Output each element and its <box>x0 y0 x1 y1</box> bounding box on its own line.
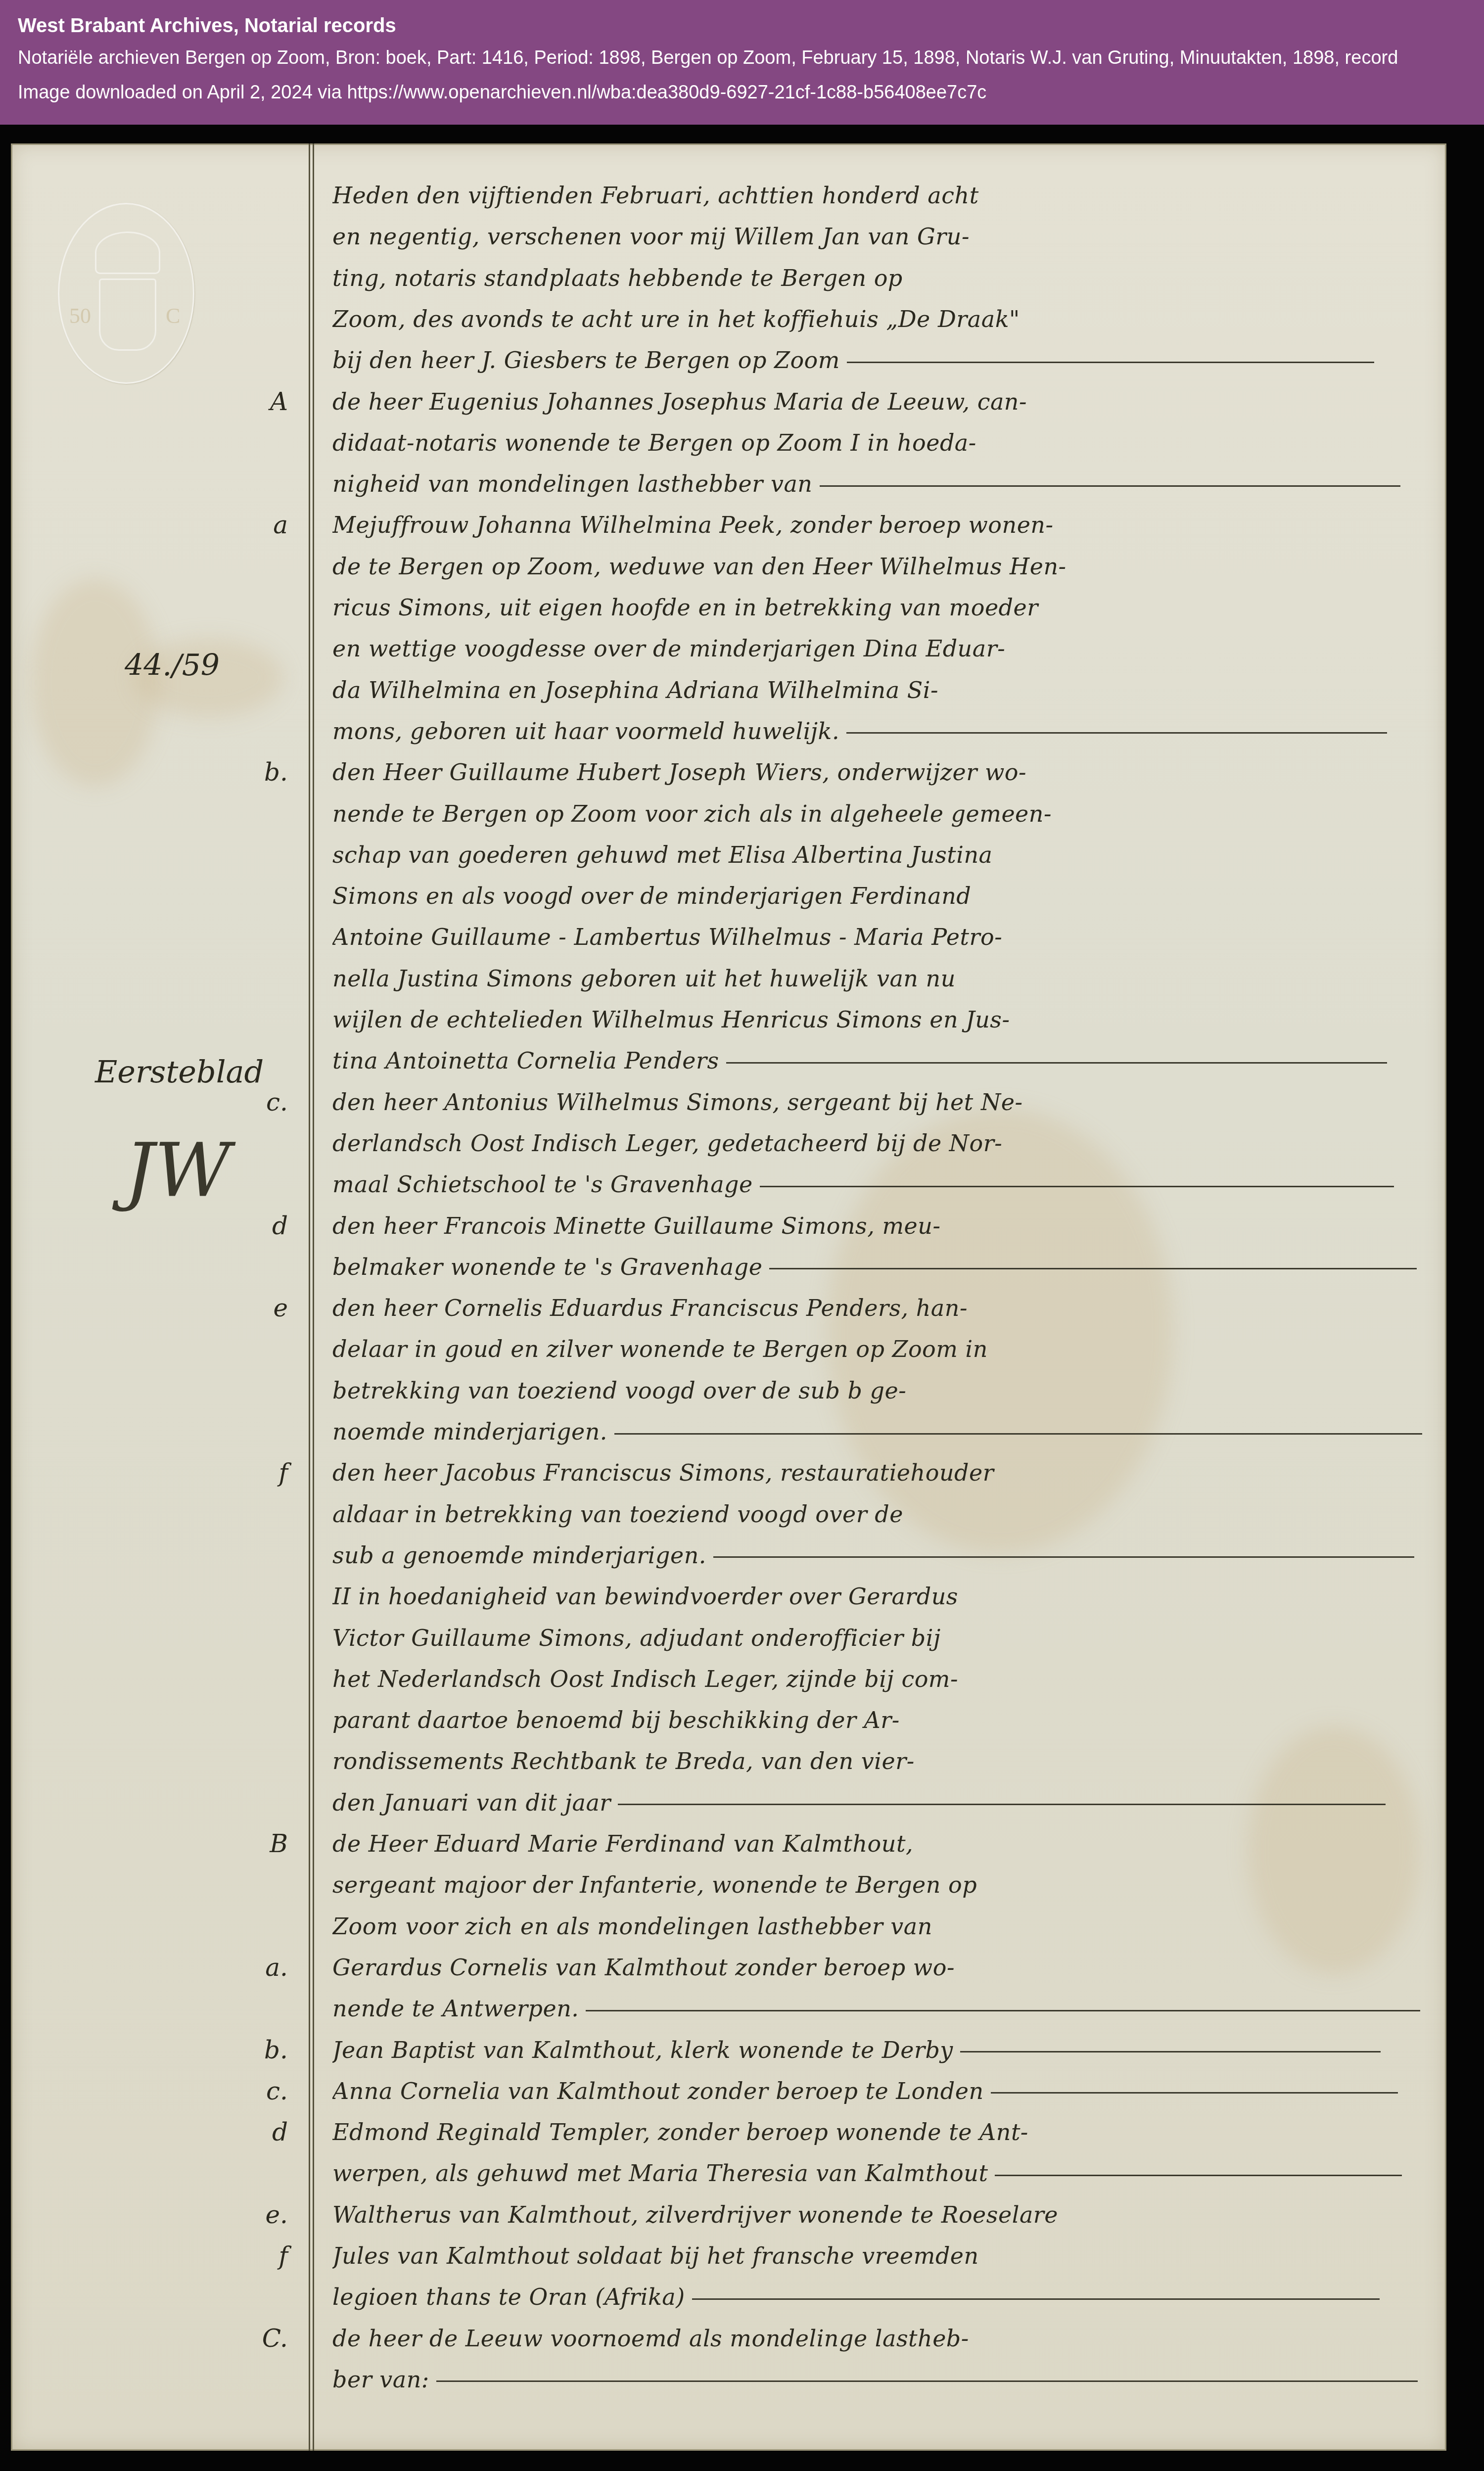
deed-line: Edmond Reginald Templer, zonder beroep w… <box>332 2115 1440 2149</box>
line-filler-rule <box>846 732 1387 734</box>
deed-line-text: den heer Francois Minette Guillaume Simo… <box>332 1212 940 1239</box>
deed-line-text: en negentig, verschenen voor mij Willem … <box>332 223 970 250</box>
deed-line: den Heer Guillaume Hubert Joseph Wiers, … <box>332 755 1440 790</box>
deed-line: nigheid van mondelingen lasthebber van <box>332 466 1440 501</box>
deed-line: nella Justina Simons geboren uit het huw… <box>332 961 1440 996</box>
deed-line: den heer Jacobus Franciscus Simons, rest… <box>332 1455 1440 1490</box>
folio-number: 44./59 <box>125 648 220 683</box>
margin-initials: JW <box>125 1128 231 1214</box>
deed-line: didaat-notaris wonende te Bergen op Zoom… <box>332 425 1440 460</box>
download-note: Image downloaded on April 2, 2024 via ht… <box>18 82 986 103</box>
party-marker: B <box>229 1826 288 1861</box>
deed-line-text: ting, notaris standplaats hebbende te Be… <box>332 265 903 291</box>
stamp-value: 50 <box>69 303 91 328</box>
stamp-currency: C <box>166 303 180 328</box>
deed-line-text: Simons en als voogd over de minderjarige… <box>332 883 971 909</box>
deed-line-text: den heer Cornelis Eduardus Franciscus Pe… <box>332 1295 968 1321</box>
deed-line-text: het Nederlandsch Oost Indisch Leger, zij… <box>332 1666 958 1692</box>
party-marker: a. <box>229 1950 288 1985</box>
party-marker: e <box>229 1291 288 1325</box>
deed-line-text: derlandsch Oost Indisch Leger, gedetache… <box>332 1130 1002 1157</box>
deed-line: Jules van Kalmthout soldaat bij het fran… <box>332 2238 1440 2273</box>
deed-line: Zoom voor zich en als mondelingen lasthe… <box>332 1909 1440 1944</box>
deed-line: ricus Simons, uit eigen hoofde en in bet… <box>332 590 1440 625</box>
deed-line-text: den Januari van dit jaar <box>332 1789 611 1816</box>
deed-line: tina Antoinetta Cornelia Penders <box>332 1043 1440 1078</box>
deed-line: het Nederlandsch Oost Indisch Leger, zij… <box>332 1662 1440 1696</box>
line-filler-rule <box>991 2092 1398 2094</box>
line-filler-rule <box>760 1186 1394 1187</box>
deed-line: nende te Antwerpen. <box>332 1991 1440 2026</box>
deed-line: wijlen de echtelieden Wilhelmus Henricus… <box>332 1002 1440 1037</box>
deed-line: sergeant majoor der Infanterie, wonende … <box>332 1867 1440 1902</box>
line-filler-rule <box>586 2010 1420 2011</box>
deed-line: Heden den vijftienden Februari, achttien… <box>332 178 1440 213</box>
party-marker: C. <box>229 2321 288 2356</box>
deed-line-text: tina Antoinetta Cornelia Penders <box>332 1047 719 1074</box>
deed-line: sub a genoemde minderjarigen. <box>332 1538 1440 1573</box>
line-filler-rule <box>692 2298 1380 2300</box>
party-marker: d <box>229 1209 288 1243</box>
deed-line-text: den Heer Guillaume Hubert Joseph Wiers, … <box>332 759 1026 786</box>
deed-line: Simons en als voogd over de minderjarige… <box>332 879 1440 913</box>
deed-line-text: Anna Cornelia van Kalmthout zonder beroe… <box>332 2078 984 2104</box>
line-filler-rule <box>726 1062 1387 1064</box>
deed-line: den heer Cornelis Eduardus Franciscus Pe… <box>332 1291 1440 1325</box>
deed-line-text: Heden den vijftienden Februari, achttien… <box>332 182 979 209</box>
deed-line: en negentig, verschenen voor mij Willem … <box>332 219 1440 254</box>
deed-line: de te Bergen op Zoom, weduwe van den Hee… <box>332 549 1440 584</box>
deed-line-text: schap van goederen gehuwd met Elisa Albe… <box>332 841 993 868</box>
line-filler-rule <box>960 2051 1381 2052</box>
party-marker: c. <box>229 1085 288 1119</box>
archive-header: West Brabant Archives, Notarial records … <box>0 0 1484 125</box>
deed-line: den heer Francois Minette Guillaume Simo… <box>332 1209 1440 1243</box>
deed-line: den Januari van dit jaar <box>332 1785 1440 1820</box>
deed-line: Antoine Guillaume - Lambertus Wilhelmus … <box>332 920 1440 954</box>
party-marker: a <box>229 508 288 542</box>
deed-line-text: maal Schietschool te 's Gravenhage <box>332 1171 753 1198</box>
line-filler-rule <box>436 2380 1418 2382</box>
deed-line-text: sergeant majoor der Infanterie, wonende … <box>332 1871 977 1898</box>
deed-line: bij den heer J. Giesbers te Bergen op Zo… <box>332 343 1440 377</box>
party-marker: b. <box>229 755 288 790</box>
record-description: Notariële archieven Bergen op Zoom, Bron… <box>18 47 1398 69</box>
deed-line: Mejuffrouw Johanna Wilhelmina Peek, zond… <box>332 508 1440 542</box>
deed-line-text: betrekking van toeziend voogd over de su… <box>332 1377 906 1404</box>
deed-line: nende te Bergen op Zoom voor zich als in… <box>332 796 1440 831</box>
deed-line-text: nella Justina Simons geboren uit het huw… <box>332 965 956 992</box>
deed-line: aldaar in betrekking van toeziend voogd … <box>332 1497 1440 1532</box>
line-filler-rule <box>847 362 1374 363</box>
deed-line-text: Zoom voor zich en als mondelingen lasthe… <box>332 1913 932 1940</box>
party-marker: A <box>229 384 288 419</box>
deed-line-text: werpen, als gehuwd met Maria Theresia va… <box>332 2160 988 2187</box>
deed-line: legioen thans te Oran (Afrika) <box>332 2280 1440 2314</box>
party-marker: d <box>229 2115 288 2149</box>
deed-line-text: delaar in goud en zilver wonende te Berg… <box>332 1336 988 1362</box>
deed-line-text: parant daartoe benoemd bij beschikking d… <box>332 1707 900 1733</box>
archive-title: West Brabant Archives, Notarial records <box>18 15 396 37</box>
deed-line-text: da Wilhelmina en Josephina Adriana Wilhe… <box>332 677 938 703</box>
deed-line-text: den heer Antonius Wilhelmus Simons, serg… <box>332 1089 1022 1116</box>
margin-rule <box>313 143 314 2451</box>
deed-line-text: nigheid van mondelingen lasthebber van <box>332 470 813 497</box>
deed-line-text: sub a genoemde minderjarigen. <box>332 1542 706 1569</box>
deed-line-text: de te Bergen op Zoom, weduwe van den Hee… <box>332 553 1067 580</box>
deed-line-text: mons, geboren uit haar voormeld huwelijk… <box>332 718 839 745</box>
crown-icon <box>95 232 160 274</box>
deed-line-text: nende te Bergen op Zoom voor zich als in… <box>332 800 1052 827</box>
deed-line: parant daartoe benoemd bij beschikking d… <box>332 1703 1440 1737</box>
deed-line: de heer Eugenius Johannes Josephus Maria… <box>332 384 1440 419</box>
deed-line-text: Jean Baptist van Kalmthout, klerk wonend… <box>332 2037 953 2063</box>
deed-line-text: rondissements Rechtbank te Breda, van de… <box>332 1748 915 1774</box>
deed-line-text: Antoine Guillaume - Lambertus Wilhelmus … <box>332 924 1002 950</box>
deed-line: den heer Antonius Wilhelmus Simons, serg… <box>332 1085 1440 1119</box>
notarial-deed-page: 50 C 44./59 Eersteblad JW Aab.c.defBa.b.… <box>11 143 1446 2451</box>
deed-line: Gerardus Cornelis van Kalmthout zonder b… <box>332 1950 1440 1985</box>
deed-line: betrekking van toeziend voogd over de su… <box>332 1373 1440 1408</box>
embossed-stamp-seal-icon: 50 C <box>58 203 194 384</box>
margin-rule <box>309 143 310 2451</box>
deed-line-text: Zoom, des avonds te acht ure in het koff… <box>332 306 1020 332</box>
deed-line-text: II in hoedanigheid van bewindvoerder ove… <box>332 1583 958 1610</box>
deed-line: maal Schietschool te 's Gravenhage <box>332 1167 1440 1202</box>
deed-line-text: de heer de Leeuw voornoemd als mondeling… <box>332 2325 969 2352</box>
deed-line: schap van goederen gehuwd met Elisa Albe… <box>332 838 1440 872</box>
deed-line-text: legioen thans te Oran (Afrika) <box>332 2284 685 2310</box>
deed-line-text: Gerardus Cornelis van Kalmthout zonder b… <box>332 1954 955 1981</box>
deed-line: en wettige voogdesse over de minderjarig… <box>332 631 1440 666</box>
deed-line-text: Edmond Reginald Templer, zonder beroep w… <box>332 2119 1028 2145</box>
deed-line: de Heer Eduard Marie Ferdinand van Kalmt… <box>332 1826 1440 1861</box>
deed-line-text: den heer Jacobus Franciscus Simons, rest… <box>332 1459 994 1486</box>
deed-line-text: ricus Simons, uit eigen hoofde en in bet… <box>332 594 1038 621</box>
deed-line-text: belmaker wonende te 's Gravenhage <box>332 1254 762 1280</box>
deed-line: Zoom, des avonds te acht ure in het koff… <box>332 302 1440 336</box>
deed-line-text: Victor Guillaume Simons, adjudant ondero… <box>332 1625 941 1651</box>
deed-line: Jean Baptist van Kalmthout, klerk wonend… <box>332 2033 1440 2067</box>
deed-line-text: wijlen de echtelieden Wilhelmus Henricus… <box>332 1006 1010 1033</box>
party-marker: e. <box>229 2197 288 2232</box>
line-filler-rule <box>820 485 1400 487</box>
deed-line-text: bij den heer J. Giesbers te Bergen op Zo… <box>332 347 840 373</box>
deed-line-text: Mejuffrouw Johanna Wilhelmina Peek, zond… <box>332 512 1054 538</box>
party-marker: b. <box>229 2033 288 2067</box>
deed-line: de heer de Leeuw voornoemd als mondeling… <box>332 2321 1440 2356</box>
deed-line: da Wilhelmina en Josephina Adriana Wilhe… <box>332 673 1440 707</box>
deed-line-text: Waltherus van Kalmthout, zilverdrijver w… <box>332 2201 1058 2228</box>
deed-line: belmaker wonende te 's Gravenhage <box>332 1250 1440 1284</box>
deed-line: ting, notaris standplaats hebbende te Be… <box>332 261 1440 295</box>
line-filler-rule <box>713 1556 1414 1558</box>
deed-line: mons, geboren uit haar voormeld huwelijk… <box>332 714 1440 748</box>
deed-line: ber van: <box>332 2362 1440 2397</box>
deed-line-text: en wettige voogdesse over de minderjarig… <box>332 635 1005 662</box>
line-filler-rule <box>995 2175 1402 2176</box>
deed-line-text: de Heer Eduard Marie Ferdinand van Kalmt… <box>332 1830 913 1857</box>
deed-line-text: didaat-notaris wonende te Bergen op Zoom… <box>332 429 976 456</box>
party-marker: c. <box>229 2074 288 2108</box>
deed-line: Waltherus van Kalmthout, zilverdrijver w… <box>332 2197 1440 2232</box>
deed-line-text: ber van: <box>332 2366 429 2393</box>
line-filler-rule <box>769 1268 1417 1269</box>
deed-line: rondissements Rechtbank te Breda, van de… <box>332 1744 1440 1778</box>
deed-line: II in hoedanigheid van bewindvoerder ove… <box>332 1579 1440 1614</box>
deed-line: Anna Cornelia van Kalmthout zonder beroe… <box>332 2074 1440 2108</box>
deed-line-text: aldaar in betrekking van toeziend voogd … <box>332 1501 903 1528</box>
line-filler-rule <box>614 1433 1422 1435</box>
deed-line-text: de heer Eugenius Johannes Josephus Maria… <box>332 388 1027 415</box>
deed-line-text: Jules van Kalmthout soldaat bij het fran… <box>332 2242 979 2269</box>
deed-line: delaar in goud en zilver wonende te Berg… <box>332 1332 1440 1366</box>
deed-line-text: noemde minderjarigen. <box>332 1418 607 1445</box>
deed-line: werpen, als gehuwd met Maria Theresia va… <box>332 2156 1440 2191</box>
deed-line-text: nende te Antwerpen. <box>332 1995 579 2022</box>
deed-line: noemde minderjarigen. <box>332 1414 1440 1449</box>
party-marker: f <box>229 2238 288 2273</box>
deed-line: Victor Guillaume Simons, adjudant ondero… <box>332 1621 1440 1655</box>
deed-line: derlandsch Oost Indisch Leger, gedetache… <box>332 1126 1440 1161</box>
coat-of-arms-icon <box>99 279 156 351</box>
party-marker: f <box>229 1455 288 1490</box>
line-filler-rule <box>618 1804 1386 1805</box>
